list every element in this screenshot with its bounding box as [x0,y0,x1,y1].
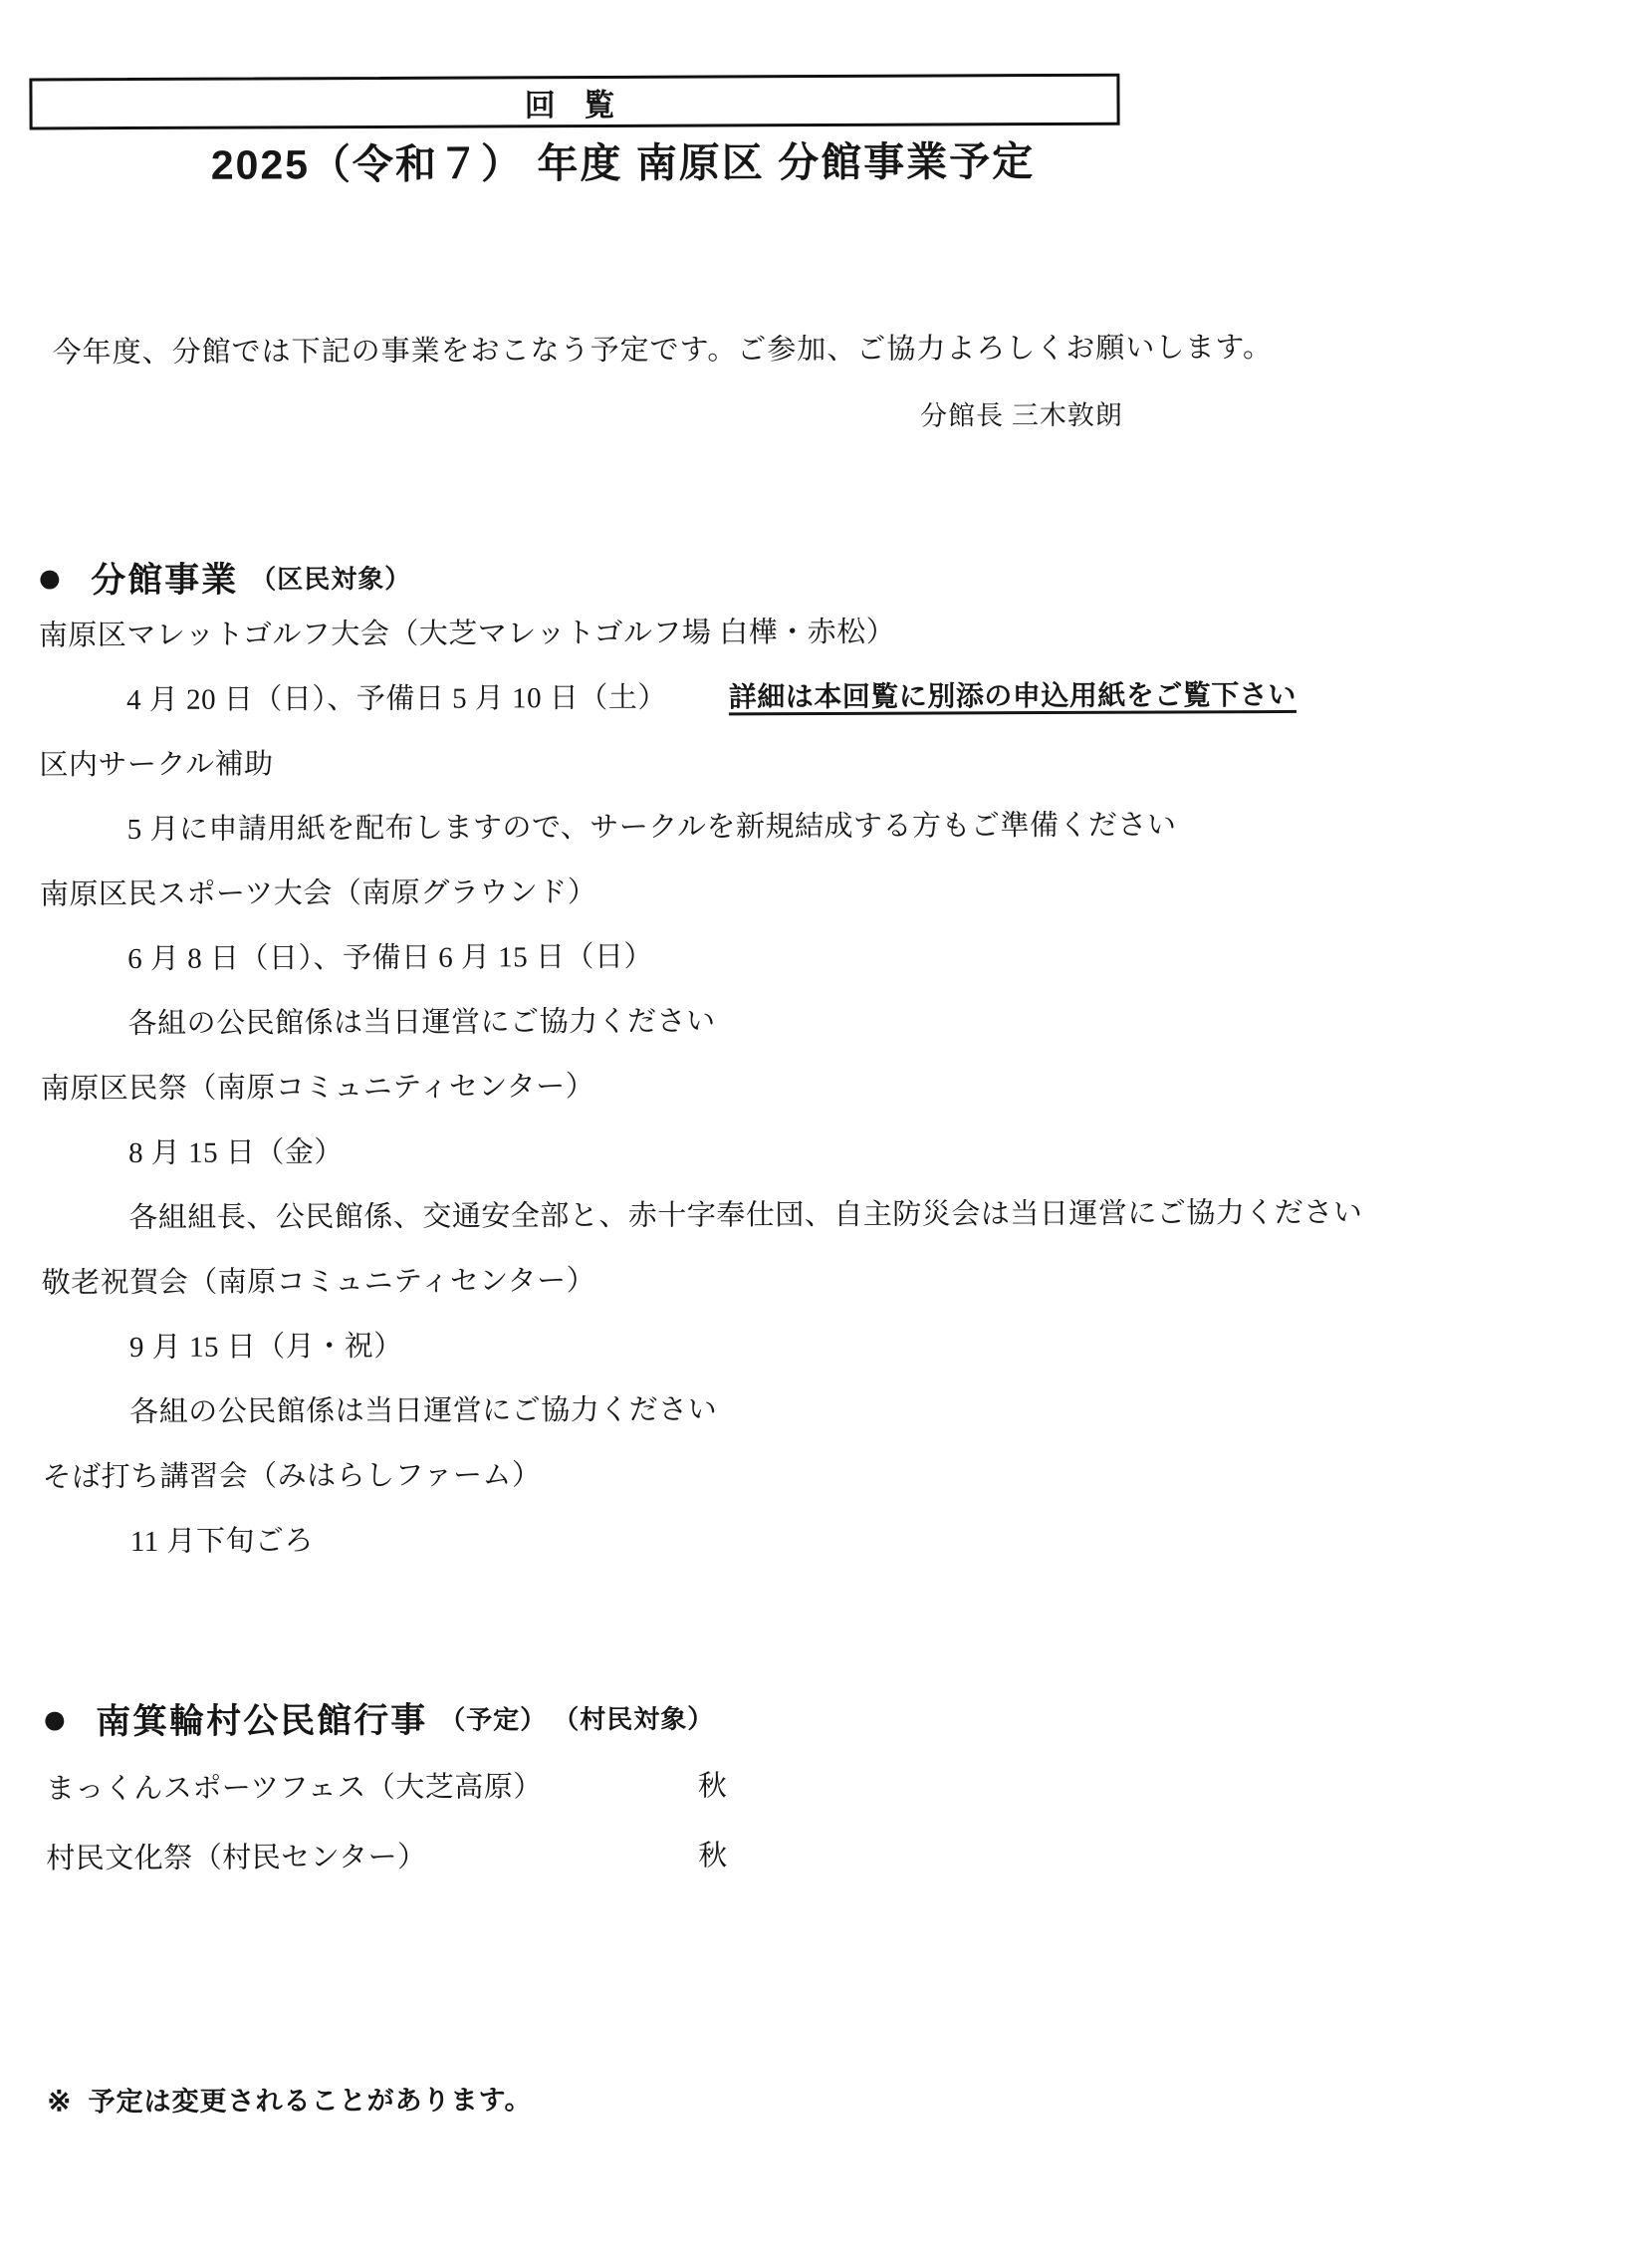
event-line: そば打ち講習会（みはらしファーム） [42,1435,1652,1507]
attachment-notice: 詳細は本回覧に別添の申込用紙をご覧下さい [729,672,1297,714]
reference-mark-icon: ※ [47,2086,72,2118]
date-text: 11 月下旬ごろ [130,1518,314,1560]
event-season: 秋 [698,1763,728,1804]
event-line: 村民文化祭（村民センター） 秋 [46,1814,1652,1890]
intro-paragraph: 今年度、分館では下記の事業をおこなう予定です。ご参加、ご協力よろしくお願いします… [53,325,1274,371]
footnote-text: 予定は変更されることがあります。 [89,2085,533,2117]
circulation-banner-box: 回 覧 [29,74,1119,130]
event-text: 南原区民祭（南原コミュニティセンター） [41,1064,595,1107]
page-title: 2025（令和７） 年度 南原区 分館事業予定 [211,128,1036,191]
event-line: 区内サークル補助 [39,723,1651,795]
event-line: 敬老祝賀会（南原コミュニティセンター） [42,1241,1652,1313]
event-line: 南原区民祭（南原コミュニティセンター） [41,1047,1652,1119]
bullet-icon: ● [36,556,63,600]
event-text: 敬老祝賀会（南原コミュニティセンター） [42,1258,596,1301]
section-branch-heading: ● 分館事業 （区民対象） [36,552,411,604]
event-text: 村民文化祭（村民センター） [46,1833,698,1876]
branch-event-list: 南原区マレットゴルフ大会（大芝マレットゴルフ場 白樺・赤松） 4 月 20 日（… [0,594,1652,1572]
detail-line: 9 月 15 日（月・祝） [129,1306,1652,1377]
event-text: 南原区マレットゴルフ大会（大芝マレットゴルフ場 白樺・赤松） [39,610,896,654]
section-branch-title: 分館事業 [91,553,238,604]
schedule-change-footnote: ※予定は変更されることがあります。 [47,2078,532,2119]
detail-text: 各組の公民館係は当日運営にご協力ください [129,1386,717,1430]
detail-line: 11 月下旬ごろ [130,1500,1652,1572]
date-text: 9 月 15 日（月・祝） [129,1324,403,1366]
event-line: まっくんスポーツフェス（大芝高原） 秋 [46,1744,1652,1821]
section-village-title: 南箕輪村公民館行事 [96,1693,427,1744]
detail-text: 各組の公民館係は当日運営にご協力ください [127,998,715,1042]
event-text: 区内サークル補助 [39,741,273,783]
event-text: 南原区民スポーツ大会（南原グラウンド） [40,870,597,912]
section-village-note-plan: （予定） [439,1699,547,1736]
detail-text: 各組組長、公民館係、交通安全部と、赤十字奉仕団、自主防災会は当日運営にご協力くだ… [128,1190,1362,1236]
section-village-note-audience: （村民対象） [553,1698,714,1736]
detail-line: 8 月 15 日（金） [128,1112,1652,1183]
scanned-document-page: 回 覧 2025（令和７） 年度 南原区 分館事業予定 今年度、分館では下記の事… [0,0,1652,2246]
date-text: 4 月 20 日（日）、予備日 5 月 10 日（土） [126,675,667,718]
event-text: まっくんスポーツフェス（大芝高原） [46,1763,698,1807]
detail-line: 5 月に申請用紙を配布しますので、サークルを新規結成する方もご準備ください [127,788,1652,860]
section-village-heading: ● 南箕輪村公民館行事 （予定） （村民対象） [41,1691,714,1744]
detail-line: 6 月 8 日（日）、予備日 6 月 15 日（日） [127,917,1652,989]
detail-text: 5 月に申請用紙を配布しますので、サークルを新規結成する方もご準備ください [127,802,1177,848]
event-line: 南原区マレットゴルフ大会（大芝マレットゴルフ場 白樺・赤松） [39,594,1651,665]
village-event-list: まっくんスポーツフェス（大芝高原） 秋 村民文化祭（村民センター） 秋 [4,1744,1652,1890]
event-line: 南原区民スポーツ大会（南原グラウンド） [40,853,1652,924]
circulation-banner-label: 回 覧 [525,79,625,124]
event-season: 秋 [698,1833,728,1873]
signer-line: 分館長 三木敦朗 [0,393,1123,437]
detail-line: 4 月 20 日（日）、予備日 5 月 10 日（土） 詳細は本回覧に別添の申込… [126,658,1651,730]
date-text: 6 月 8 日（日）、予備日 6 月 15 日（日） [127,934,653,977]
detail-line: 各組組長、公民館係、交通安全部と、赤十字奉仕団、自主防災会は当日運営にご協力くだ… [128,1176,1652,1248]
detail-line: 各組の公民館係は当日運営にご協力ください [129,1371,1652,1442]
event-text: そば打ち講習会（みはらしファーム） [42,1452,541,1495]
detail-line: 各組の公民館係は当日運営にご協力ください [127,982,1652,1054]
date-text: 8 月 15 日（金） [128,1129,344,1171]
bullet-icon: ● [41,1697,68,1741]
section-branch-note: （区民対象） [250,558,411,596]
